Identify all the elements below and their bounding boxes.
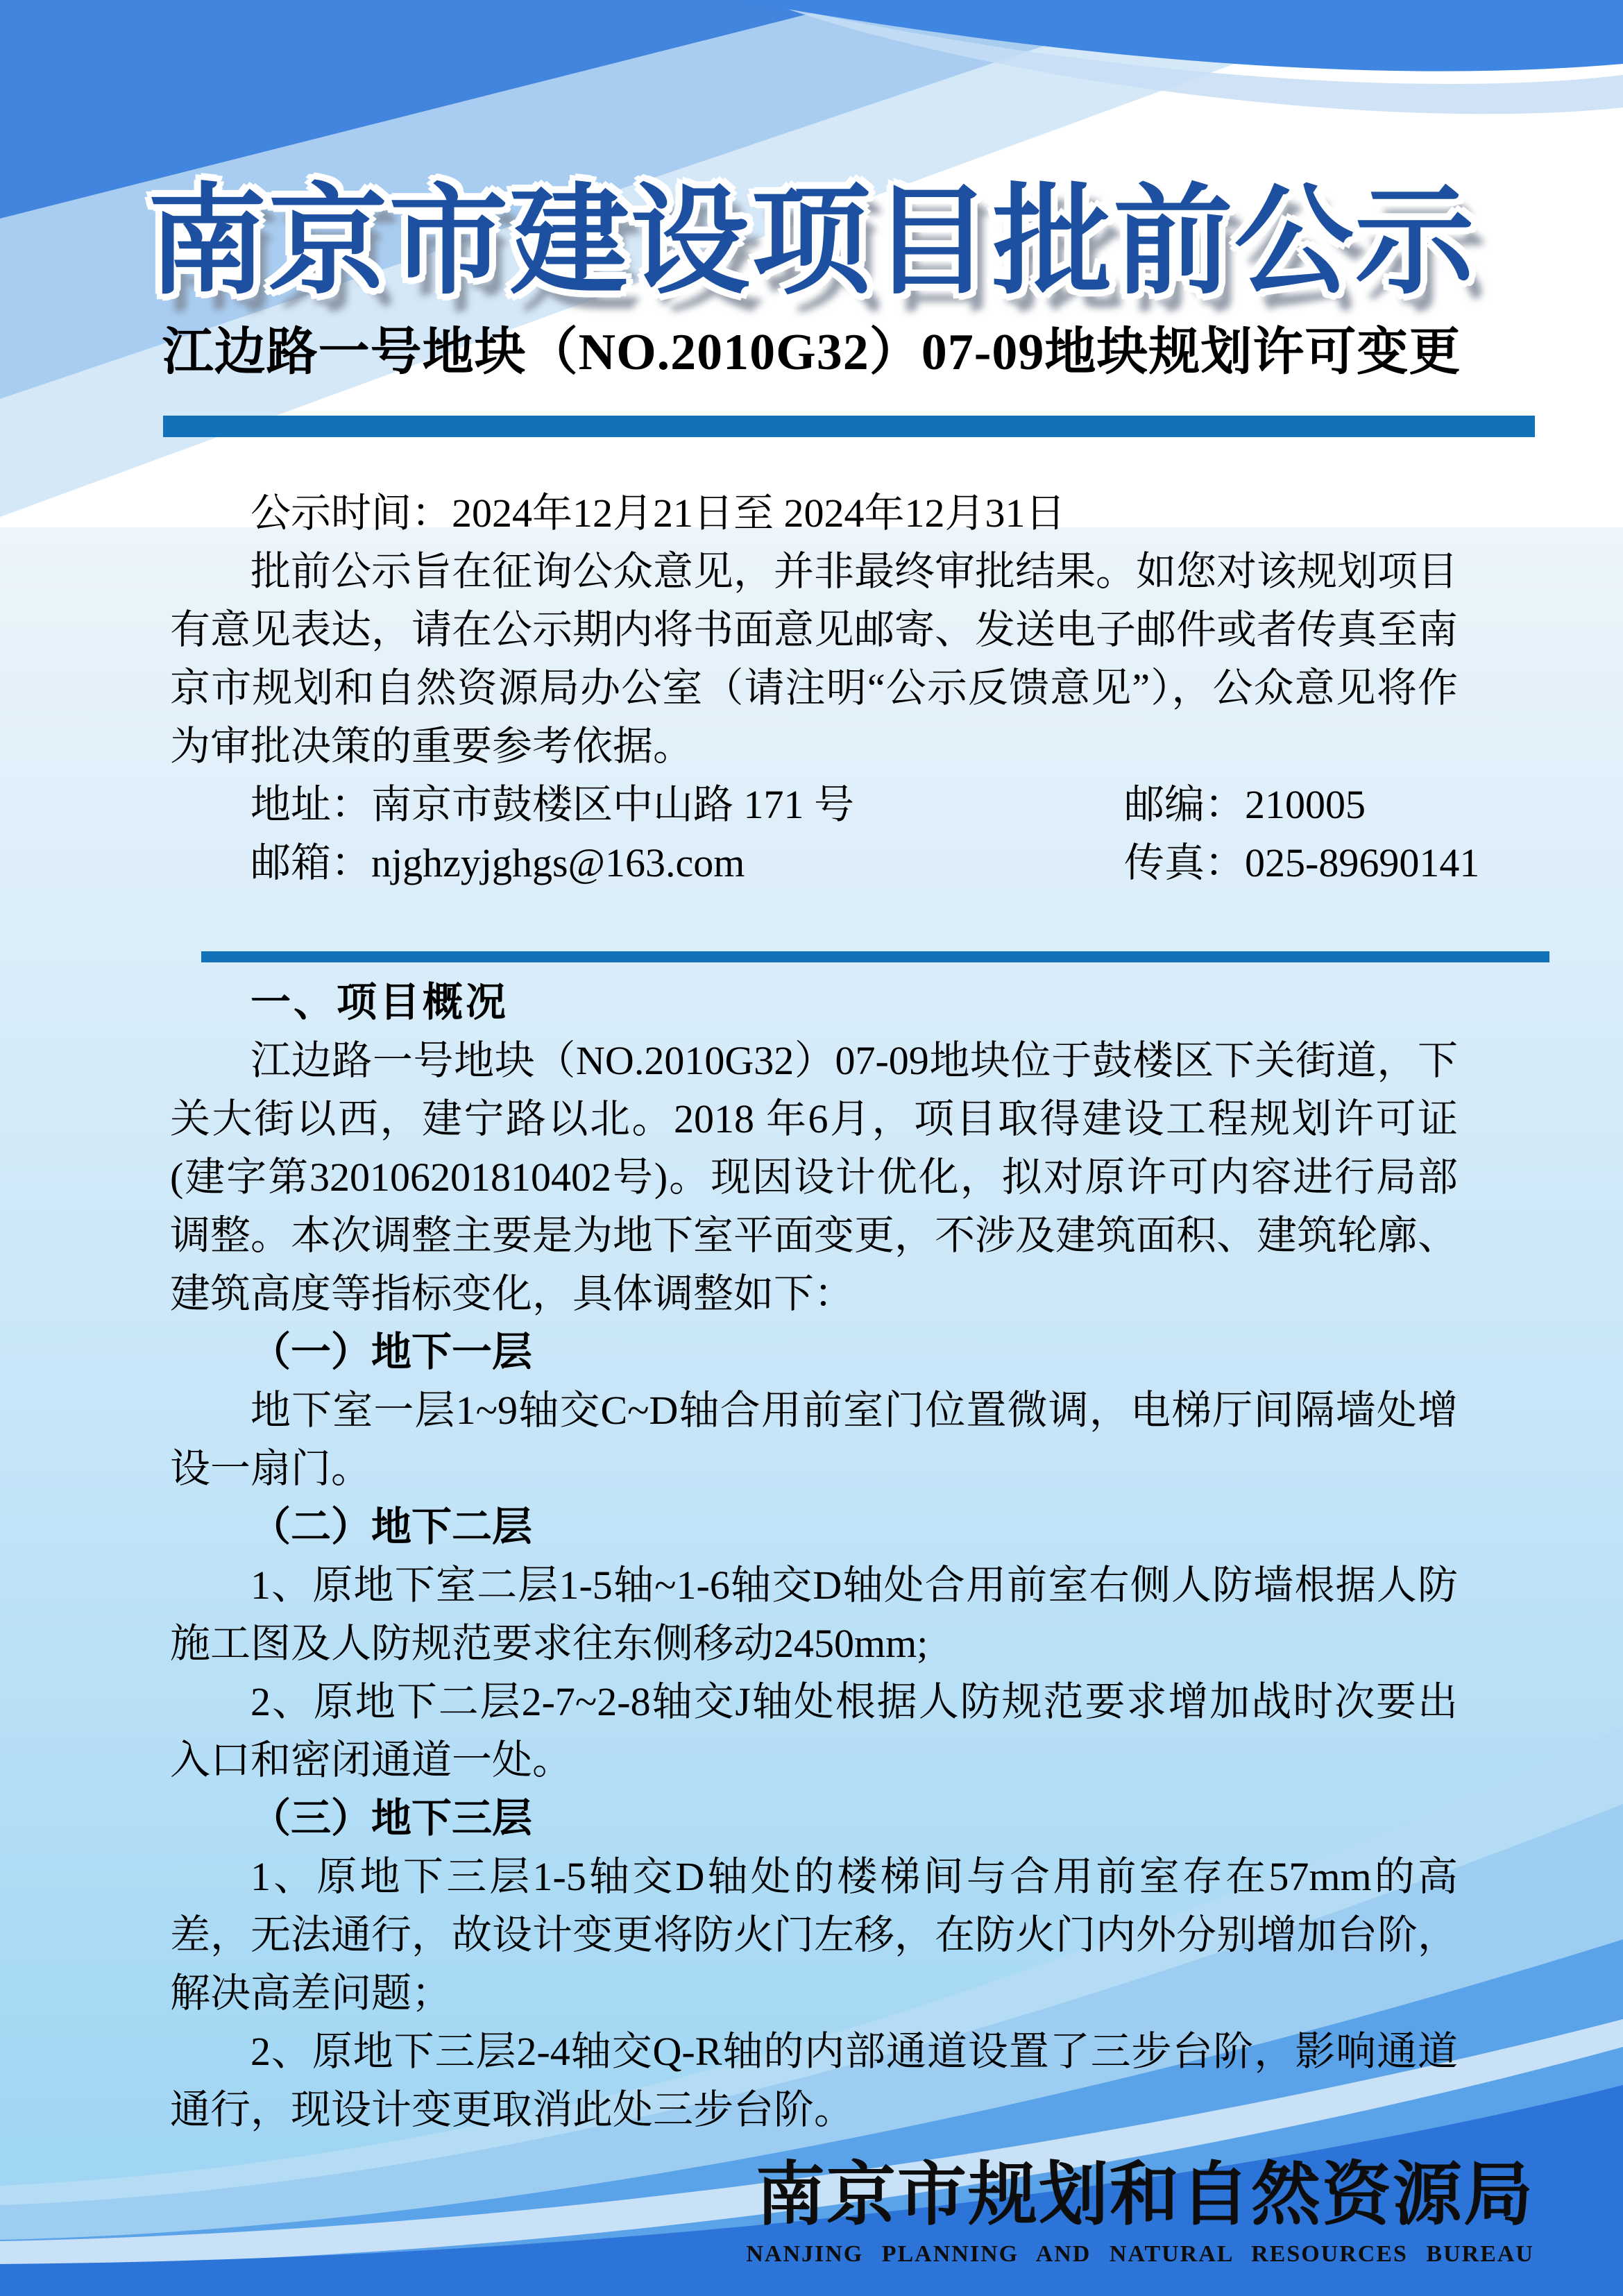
page-title: 南京市建设项目批前公示 [0,146,1623,317]
footer-bureau-en: NANJING PLANNING AND NATURAL RESOURCES B… [746,2241,1534,2268]
body-paragraph: 2、原地下二层2-7~2-8轴交J轴处根据人防规范要求增加战时次要出入口和密闭通… [170,1673,1458,1789]
section-heading: 一、项目概况 [170,973,1458,1032]
contact-postcode: 邮编：210005 [1124,776,1366,834]
sub-heading: （三）地下三层 [170,1789,1458,1848]
section-project-overview: 一、项目概况 江边路一号地块（NO.2010G32）07-09地块位于鼓楼区下关… [170,973,1458,2139]
body-paragraph: 1、原地下室二层1-5轴~1-6轴交D轴处合用前室右侧人防墙根据人防施工图及人防… [170,1556,1458,1673]
footer-bureau-cn: 南京市规划和自然资源局 [746,2138,1534,2238]
notice-paragraph: 批前公示旨在征询公众意见，并非最终审批结果。如您对该规划项目有意见表达，请在公示… [170,543,1458,776]
page-subtitle: 江边路一号地块（NO.2010G32）07-09地块规划许可变更 [0,311,1623,384]
notice-period: 公示时间：2024年12月21日至 2024年12月31日 [170,484,1458,543]
public-notice-page: 南京市建设项目批前公示 江边路一号地块（NO.2010G32）07-09地块规划… [0,0,1623,2296]
notice-block: 公示时间：2024年12月21日至 2024年12月31日 批前公示旨在征询公众… [170,484,1458,892]
body-paragraph: 江边路一号地块（NO.2010G32）07-09地块位于鼓楼区下关街道，下关大街… [170,1032,1458,1323]
divider-bar-top [163,416,1535,437]
footer-bureau: 南京市规划和自然资源局 NANJING PLANNING AND NATURAL… [746,2138,1534,2268]
contact-fax: 传真：025-89690141 [1124,834,1479,892]
body-paragraph: 地下室一层1~9轴交C~D轴合用前室门位置微调，电梯厅间隔墙处增设一扇门。 [170,1381,1458,1498]
sub-heading: （二）地下二层 [170,1498,1458,1556]
contact-address: 地址：南京市鼓楼区中山路 171 号 [250,782,854,827]
contact-email: 邮箱：njghzyjghgs@163.com [250,840,745,885]
contact-row-email: 邮箱：njghzyjghgs@163.com 传真：025-89690141 [170,834,1458,892]
sub-heading: （一）地下一层 [170,1323,1458,1381]
section-paragraphs: 江边路一号地块（NO.2010G32）07-09地块位于鼓楼区下关街道，下关大街… [170,1032,1458,2139]
body-paragraph: 1、原地下三层1-5轴交D轴处的楼梯间与合用前室存在57mm的高差，无法通行，故… [170,1848,1458,2023]
divider-bar-middle [201,951,1549,962]
contact-row-address: 地址：南京市鼓楼区中山路 171 号 邮编：210005 [170,776,1458,834]
body-paragraph: 2、原地下三层2-4轴交Q-R轴的内部通道设置了三步台阶，影响通道通行，现设计变… [170,2023,1458,2139]
